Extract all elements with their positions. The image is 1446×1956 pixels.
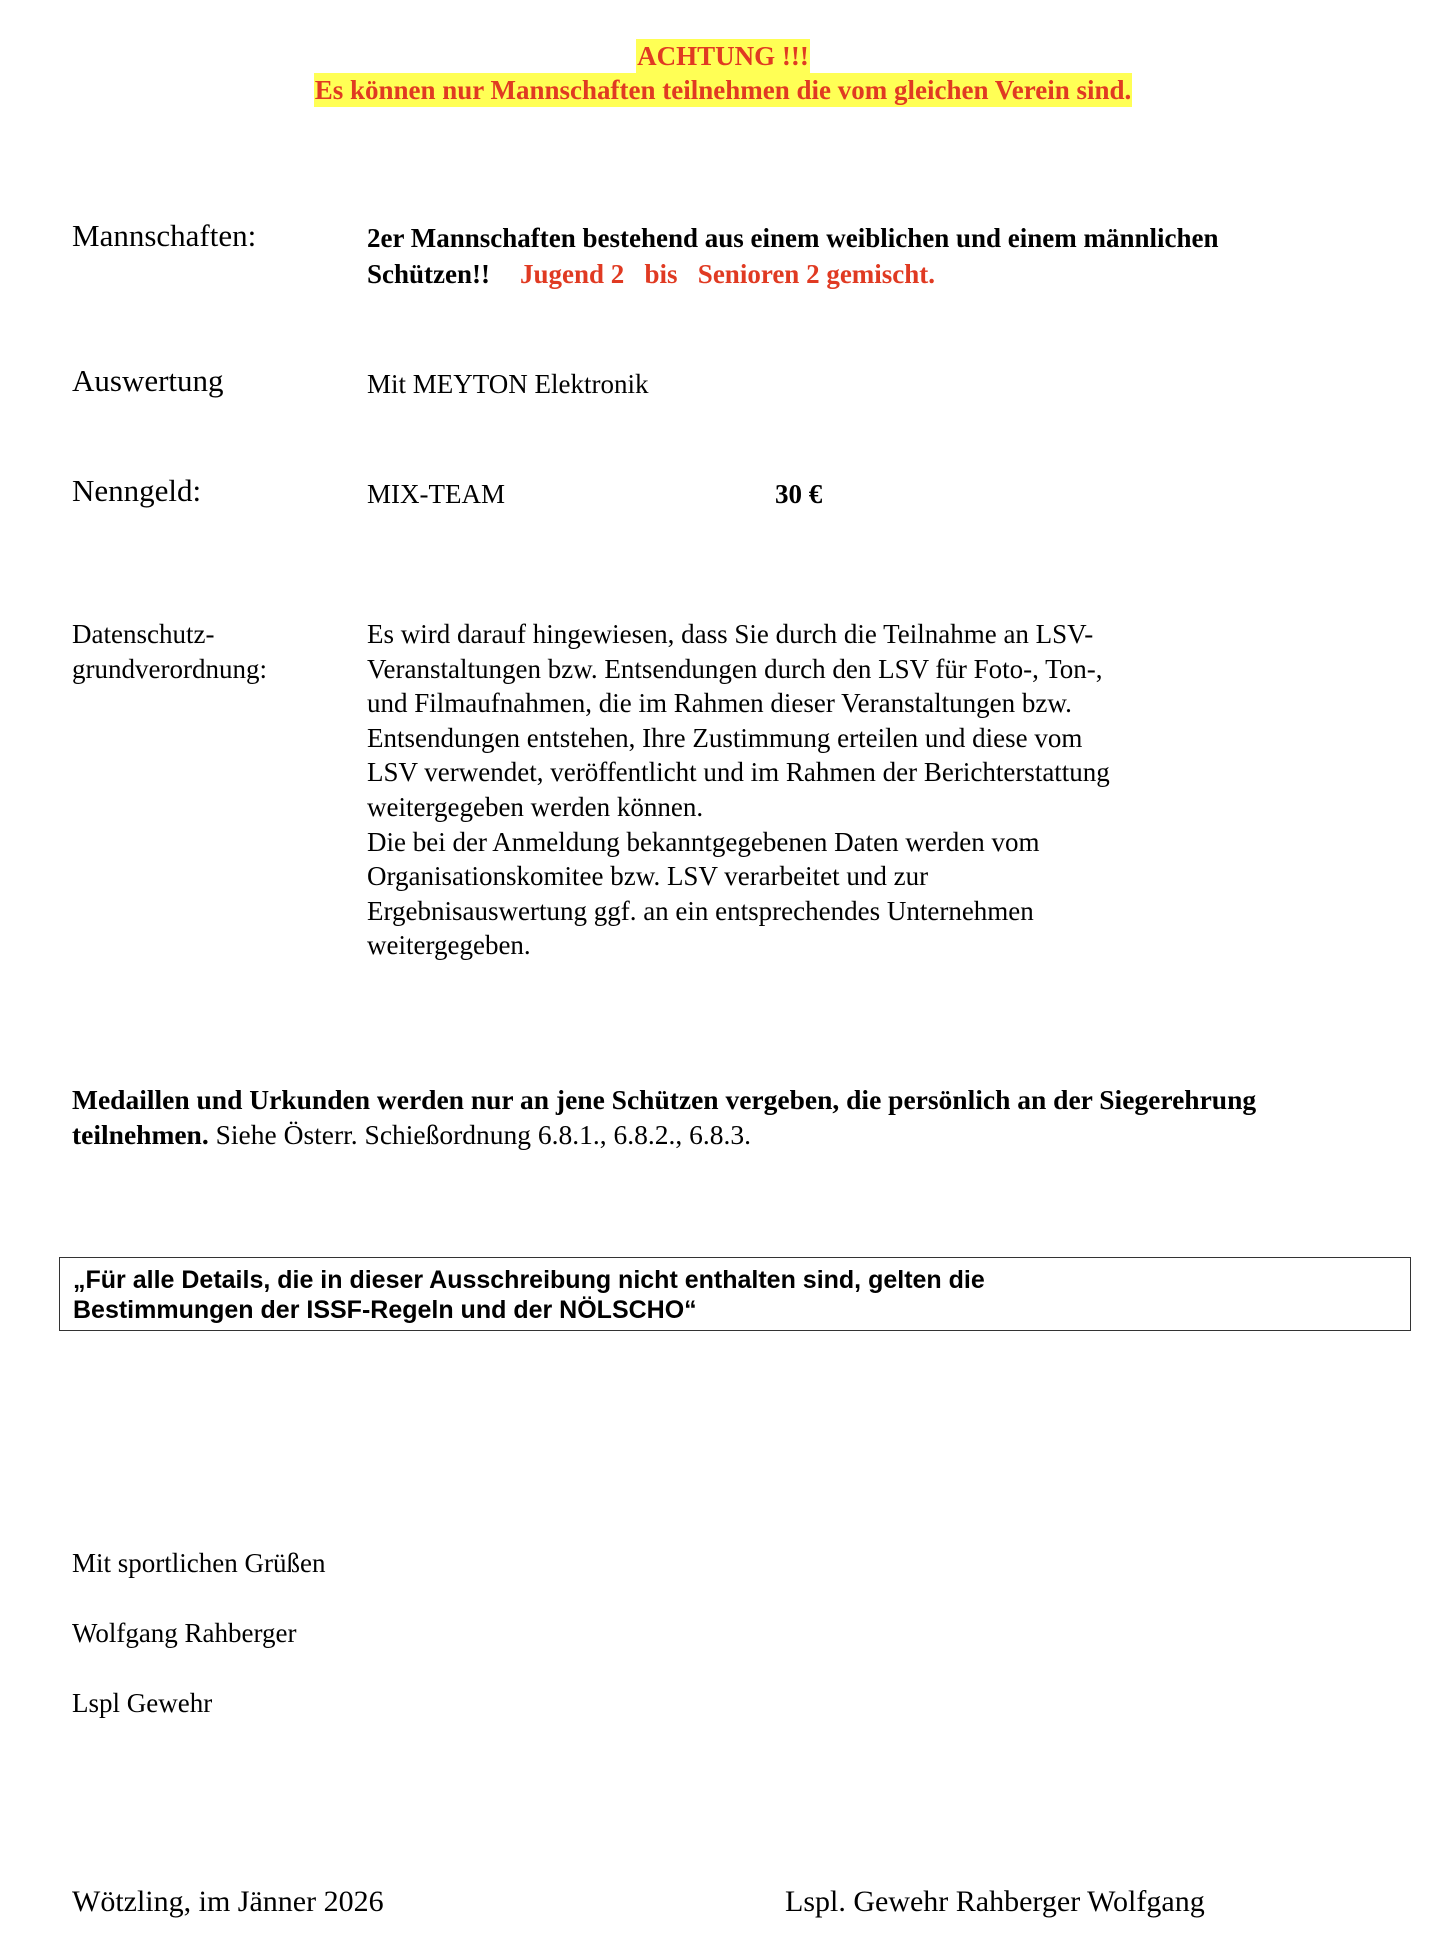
rules-box: „Für alle Details, die in dieser Ausschr…	[59, 1257, 1411, 1331]
nenngeld-label: Nenngeld:	[72, 472, 201, 510]
rules-box-line1: „Für alle Details, die in dieser Ausschr…	[73, 1265, 985, 1295]
datenschutz-line: Ergebnisauswertung ggf. an ein entsprech…	[367, 894, 1267, 929]
medaillen-line2: teilnehmen. Siehe Österr. Schießordnung …	[72, 1117, 1412, 1152]
mannschaften-label: Mannschaften:	[72, 217, 256, 255]
warning-title: ACHTUNG !!!	[636, 39, 810, 73]
nenngeld-amount: 30 €	[775, 476, 822, 512]
datenschutz-line: LSV verwendet, veröffentlicht und im Rah…	[367, 755, 1267, 790]
medaillen-line2-bold: teilnehmen.	[72, 1119, 209, 1150]
datenschutz-line: weitergegeben.	[367, 928, 1267, 963]
datenschutz-line: weitergegeben werden können.	[367, 790, 1267, 825]
medaillen-reference: Siehe Österr. Schießordnung 6.8.1., 6.8.…	[209, 1119, 751, 1150]
greeting: Mit sportlichen Grüßen	[72, 1546, 325, 1580]
datenschutz-label: Datenschutz- grundverordnung:	[72, 617, 267, 686]
age-class-range: Jugend 2 bis Senioren 2 gemischt.	[520, 259, 935, 289]
datenschutz-line: Organisationskomitee bzw. LSV verarbeite…	[367, 859, 1267, 894]
datenschutz-line: und Filmaufnahmen, die im Rahmen dieser …	[367, 686, 1267, 721]
signer-name: Wolfgang Rahberger	[72, 1616, 297, 1650]
warning-header: ACHTUNG !!!	[0, 39, 1446, 73]
datenschutz-label-line1: Datenschutz-	[72, 617, 267, 652]
warning-notice: Es können nur Mannschaften teilnehmen di…	[0, 73, 1446, 107]
datenschutz-line: Veranstaltungen bzw. Entsendungen durch …	[367, 652, 1267, 687]
datenschutz-line: Entsendungen entstehen, Ihre Zustimmung …	[367, 721, 1267, 756]
datenschutz-label-line2: grundverordnung:	[72, 652, 267, 687]
auswertung-value: Mit MEYTON Elektronik	[367, 366, 648, 402]
rules-box-text: „Für alle Details, die in dieser Ausschr…	[73, 1265, 985, 1325]
datenschutz-line: Es wird darauf hingewiesen, dass Sie dur…	[367, 617, 1267, 652]
medaillen-line1: Medaillen und Urkunden werden nur an jen…	[72, 1082, 1412, 1117]
datenschutz-text: Es wird darauf hingewiesen, dass Sie dur…	[367, 617, 1267, 963]
medaillen-notice: Medaillen und Urkunden werden nur an jen…	[72, 1082, 1412, 1152]
place-date: Wötzling, im Jänner 2026	[72, 1884, 384, 1920]
signer-role: Lspl Gewehr	[72, 1686, 212, 1720]
mannschaften-line1: 2er Mannschaften bestehend aus einem wei…	[367, 220, 1219, 256]
nenngeld-category: MIX-TEAM	[367, 476, 505, 512]
warning-text: Es können nur Mannschaften teilnehmen di…	[314, 73, 1133, 107]
mannschaften-line2-bold: Schützen!!	[367, 259, 490, 289]
auswertung-label: Auswertung	[72, 362, 224, 400]
signatory: Lspl. Gewehr Rahberger Wolfgang	[785, 1884, 1205, 1920]
mannschaften-line2: Schützen!!Jugend 2 bis Senioren 2 gemisc…	[367, 256, 935, 292]
rules-box-line2: Bestimmungen der ISSF-Regeln und der NÖL…	[73, 1295, 985, 1325]
datenschutz-line: Die bei der Anmeldung bekanntgegebenen D…	[367, 825, 1267, 860]
